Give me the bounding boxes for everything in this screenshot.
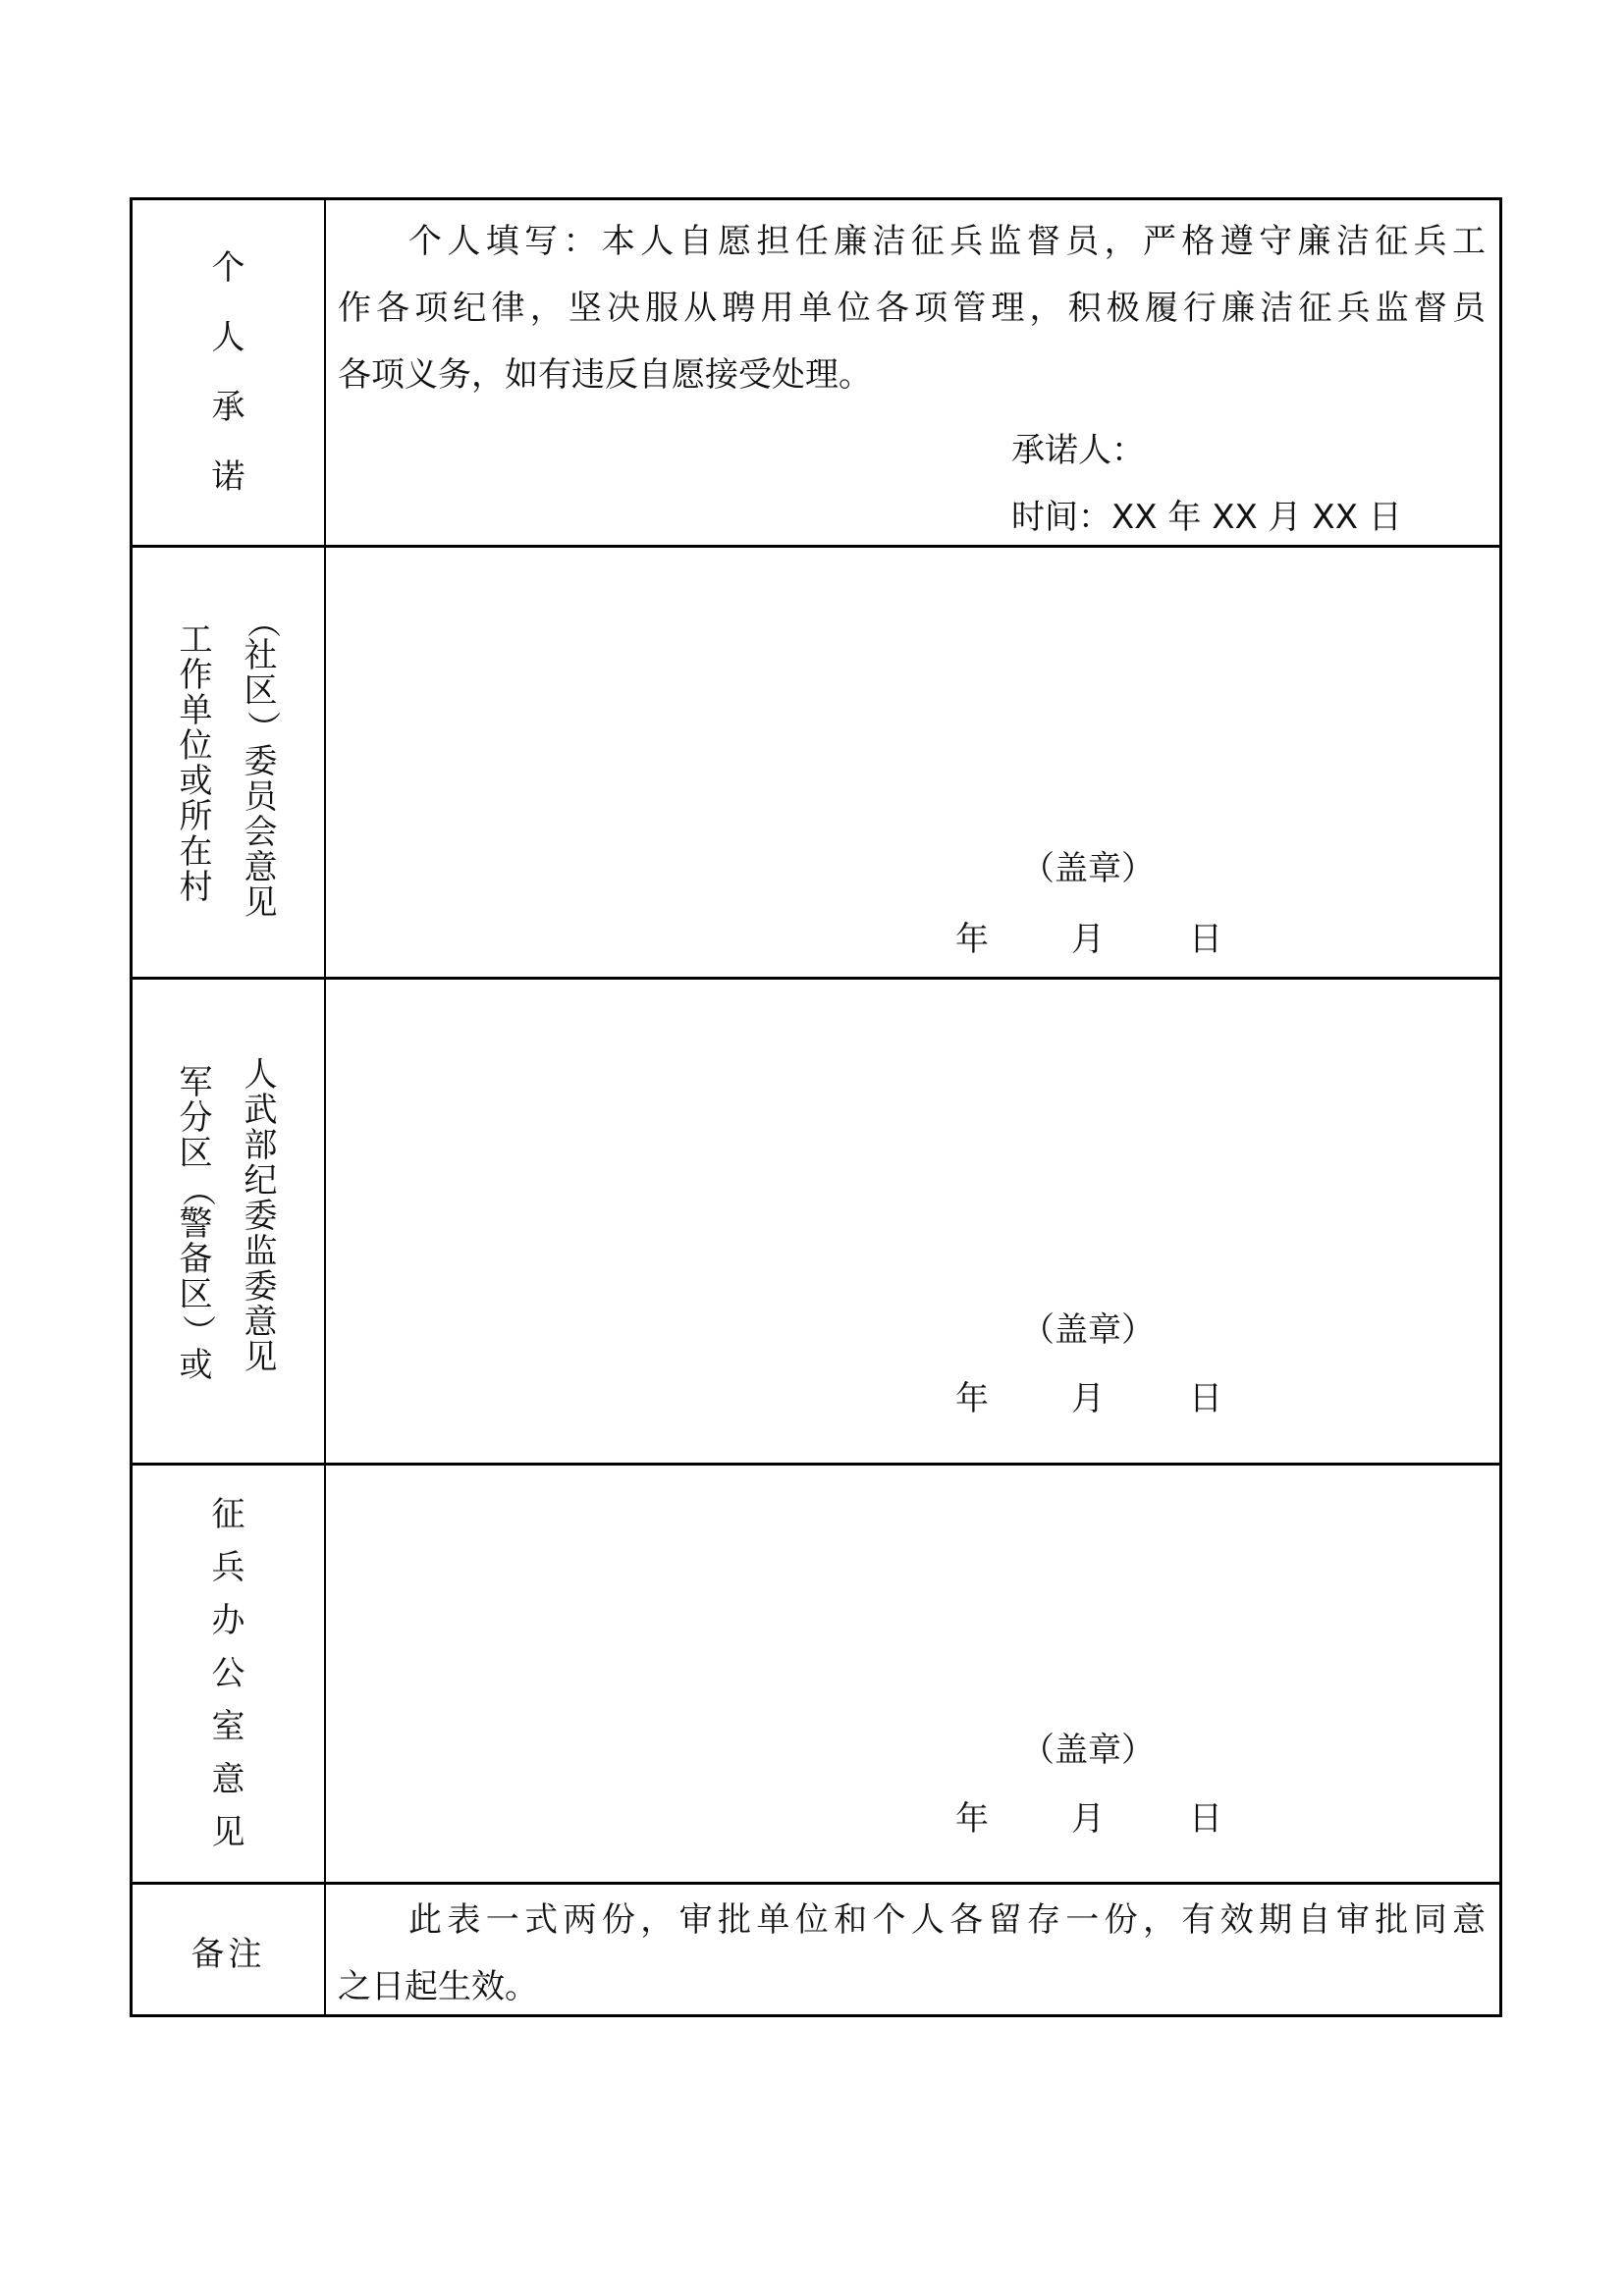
label-char: 见 <box>212 1816 245 1849</box>
label-char: 分 <box>180 1101 213 1137</box>
label-char: 人 <box>244 1058 278 1094</box>
label-char: 作 <box>180 659 213 694</box>
stamp-label: （盖章） <box>1021 852 1155 885</box>
personal-commitment-cell: 个人填写：本人自愿担任廉洁征兵监督员，严格遵守廉洁征兵工 作各项纪律，坚决服从聘… <box>326 200 1499 545</box>
label-char: 员 <box>244 780 278 816</box>
label-char: 部 <box>244 1129 278 1164</box>
date-month: 月 <box>1071 1802 1105 1836</box>
label-char: 警 <box>180 1207 213 1243</box>
label-char: 公 <box>212 1657 245 1690</box>
label-char: 征 <box>212 1498 245 1531</box>
stamp-label: （盖章） <box>1021 1734 1155 1767</box>
label-char: 兵 <box>212 1551 245 1584</box>
paragraph-line: 之日起生效。 <box>338 1953 1486 2020</box>
label-char: 在 <box>180 835 213 871</box>
label-village-committee-opinion: 工 作 单 位 或 所 在 村 （ 社 区 ） 委 员 会 意 见 <box>133 548 324 977</box>
label-char: ） <box>244 711 279 744</box>
paragraph-line: 作各项纪律，坚决服从聘用单位各项管理，积极履行廉洁征兵监督员 <box>338 275 1486 342</box>
remarks-cell: 此表一式两份，审批单位和个人各留存一份，有效期自审批同意 之日起生效。 <box>326 1885 1499 2017</box>
label-char: 委 <box>244 1270 278 1306</box>
label-char: 工 <box>180 623 213 659</box>
label-char: 或 <box>180 1349 213 1384</box>
label-char: 区 <box>180 1137 213 1172</box>
label-char: 委 <box>244 745 278 780</box>
label-char: 意 <box>244 1306 278 1341</box>
military-discipline-opinion-cell[interactable]: （盖章） 年 月 日 <box>326 980 1499 1463</box>
label-char: 人 <box>212 321 245 354</box>
label-char: 纪 <box>244 1164 278 1200</box>
label-char: 区 <box>180 1278 213 1313</box>
paragraph-line: 各项义务，如有违反自愿接受处理。 <box>338 342 1486 408</box>
label-char: 位 <box>180 729 213 765</box>
label-char: 社 <box>244 639 278 674</box>
label-char: （ <box>179 1173 214 1206</box>
commitment-date: 时间：XX 年 XX 月 XX 日 <box>1011 501 1402 534</box>
remarks-label: 备注 <box>191 1927 266 1975</box>
label-char: 军 <box>180 1066 213 1101</box>
commitment-paragraph: 个人填写：本人自愿担任廉洁征兵监督员，严格遵守廉洁征兵工 作各项纪律，坚决服从聘… <box>338 208 1486 408</box>
label-char: 承 <box>212 391 245 424</box>
label-char: 武 <box>244 1094 278 1129</box>
conscription-office-opinion-cell[interactable]: （盖章） 年 月 日 <box>326 1466 1499 1882</box>
label-char: 会 <box>244 816 278 851</box>
label-char: 单 <box>180 694 213 729</box>
date-year: 年 <box>955 1802 989 1836</box>
date-day: 日 <box>1189 1802 1222 1836</box>
label-char: （ <box>244 605 279 638</box>
label-char: ） <box>179 1314 214 1348</box>
date-year: 年 <box>955 923 989 956</box>
paragraph-line: 此表一式两份，审批单位和个人各留存一份，有效期自审批同意 <box>338 1887 1486 1953</box>
label-char: 委 <box>244 1200 278 1235</box>
village-committee-opinion-cell[interactable]: （盖章） 年 月 日 <box>326 548 1499 977</box>
date-day: 日 <box>1189 923 1222 956</box>
date-month: 月 <box>1071 1382 1105 1415</box>
signer-label: 承诺人： <box>1011 434 1145 467</box>
label-char: 见 <box>244 886 278 922</box>
label-char: 备 <box>180 1243 213 1278</box>
label-conscription-office-opinion: 征 兵 办 公 室 意 见 <box>133 1466 324 1882</box>
label-char: 村 <box>180 871 213 906</box>
date-day: 日 <box>1189 1382 1222 1415</box>
stamp-label: （盖章） <box>1021 1313 1155 1347</box>
label-char: 所 <box>180 800 213 835</box>
label-personal-commitment: 个 人 承 诺 <box>133 200 324 545</box>
label-military-discipline-opinion: 军 分 区 （ 警 备 区 ） 或 人 武 部 纪 委 监 委 意 见 <box>133 980 324 1463</box>
label-char: 监 <box>244 1235 278 1270</box>
remarks-paragraph: 此表一式两份，审批单位和个人各留存一份，有效期自审批同意 之日起生效。 <box>338 1887 1486 2020</box>
date-year: 年 <box>955 1382 989 1415</box>
label-remarks: 备注 <box>133 1885 324 2017</box>
label-char: 意 <box>244 851 278 886</box>
paragraph-line: 个人填写：本人自愿担任廉洁征兵监督员，严格遵守廉洁征兵工 <box>338 208 1486 275</box>
date-month: 月 <box>1071 923 1105 956</box>
label-char: 区 <box>244 674 278 710</box>
label-char: 诺 <box>212 460 245 494</box>
label-char: 见 <box>244 1341 278 1376</box>
commitment-form-table: 个 人 承 诺 个人填写：本人自愿担任廉洁征兵监督员，严格遵守廉洁征兵工 作各项… <box>130 197 1502 2017</box>
label-char: 办 <box>212 1604 245 1637</box>
label-char: 室 <box>212 1710 245 1743</box>
label-char: 或 <box>180 765 213 800</box>
label-char: 个 <box>212 251 245 285</box>
label-char: 意 <box>212 1763 245 1796</box>
